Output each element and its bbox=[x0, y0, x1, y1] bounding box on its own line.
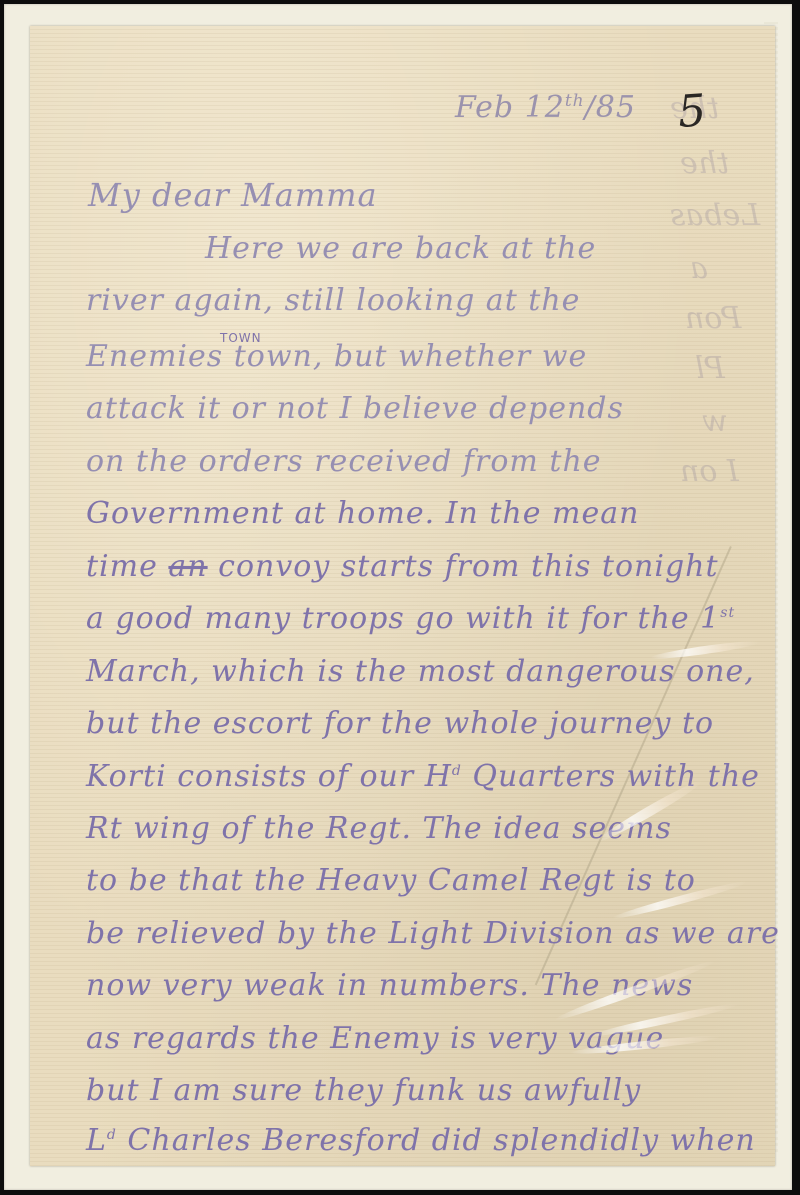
line11-sup: d bbox=[452, 763, 462, 779]
folio-number: 5 bbox=[676, 85, 707, 138]
line18-before: L bbox=[86, 1123, 107, 1158]
letter-line-12: Rt wing of the Regt. The idea seems bbox=[86, 811, 672, 846]
line8-sup: st bbox=[720, 605, 735, 621]
letter-line-3: Enemies town, but whether we bbox=[86, 339, 587, 374]
letter-line-9: March, which is the most dangerous one, bbox=[86, 654, 755, 689]
date-day: Feb 12 bbox=[455, 90, 565, 125]
letter-line-4: attack it or not I believe depends bbox=[86, 391, 624, 426]
bleed-through-text: I on bbox=[680, 454, 739, 489]
letter-date: Feb 12th/85 bbox=[455, 90, 636, 125]
line18-after: Charles Beresford did splendidly when bbox=[117, 1123, 756, 1158]
letter-line-2: river again, still looking at the bbox=[86, 283, 580, 318]
letter-line-5: on the orders received from the bbox=[86, 444, 602, 479]
date-year: /85 bbox=[585, 90, 636, 125]
line18-sup: d bbox=[107, 1127, 117, 1143]
letter-line-7: time an convoy starts from this tonight bbox=[86, 549, 719, 584]
bleed-through-text: Pl bbox=[695, 351, 725, 386]
bleed-through-text: Pon bbox=[685, 301, 741, 336]
line8-text: a good many troops go with it for the 1 bbox=[86, 601, 720, 636]
letter-line-8: a good many troops go with it for the 1s… bbox=[86, 601, 735, 636]
letter-line-16: as regards the Enemy is very vague bbox=[86, 1021, 664, 1056]
letter-line-15: now very weak in numbers. The news bbox=[86, 968, 693, 1003]
struck-word: an bbox=[168, 549, 207, 584]
bleed-through-text: Lebas bbox=[670, 198, 760, 233]
letter-line-1: Here we are back at the bbox=[205, 231, 596, 266]
letter-line-17: but I am sure they funk us awfully bbox=[86, 1073, 641, 1108]
letter-line-14: be relieved by the Light Division as we … bbox=[86, 916, 780, 951]
line11-before: Korti consists of our H bbox=[86, 759, 452, 794]
bleed-through-text: w bbox=[702, 404, 728, 439]
line7-after: convoy starts from this tonight bbox=[218, 549, 718, 584]
salutation: My dear Mamma bbox=[88, 176, 378, 214]
letter-line-6: Government at home. In the mean bbox=[86, 496, 639, 531]
letter-page: the the Lebas a Pon Pl w I on Feb 12th/8… bbox=[30, 26, 775, 1166]
letter-line-18: Ld Charles Beresford did splendidly when bbox=[86, 1123, 756, 1158]
bleed-through-text: a bbox=[690, 251, 708, 286]
date-ordinal: th bbox=[565, 91, 585, 111]
letter-line-10: but the escort for the whole journey to bbox=[86, 706, 714, 741]
line7-before: time bbox=[86, 549, 158, 584]
letter-line-13: to be that the Heavy Camel Regt is to bbox=[86, 863, 696, 898]
line11-after: Quarters with the bbox=[462, 759, 760, 794]
letter-line-11: Korti consists of our Hd Quarters with t… bbox=[86, 759, 760, 794]
bleed-through-text: the bbox=[680, 146, 729, 181]
